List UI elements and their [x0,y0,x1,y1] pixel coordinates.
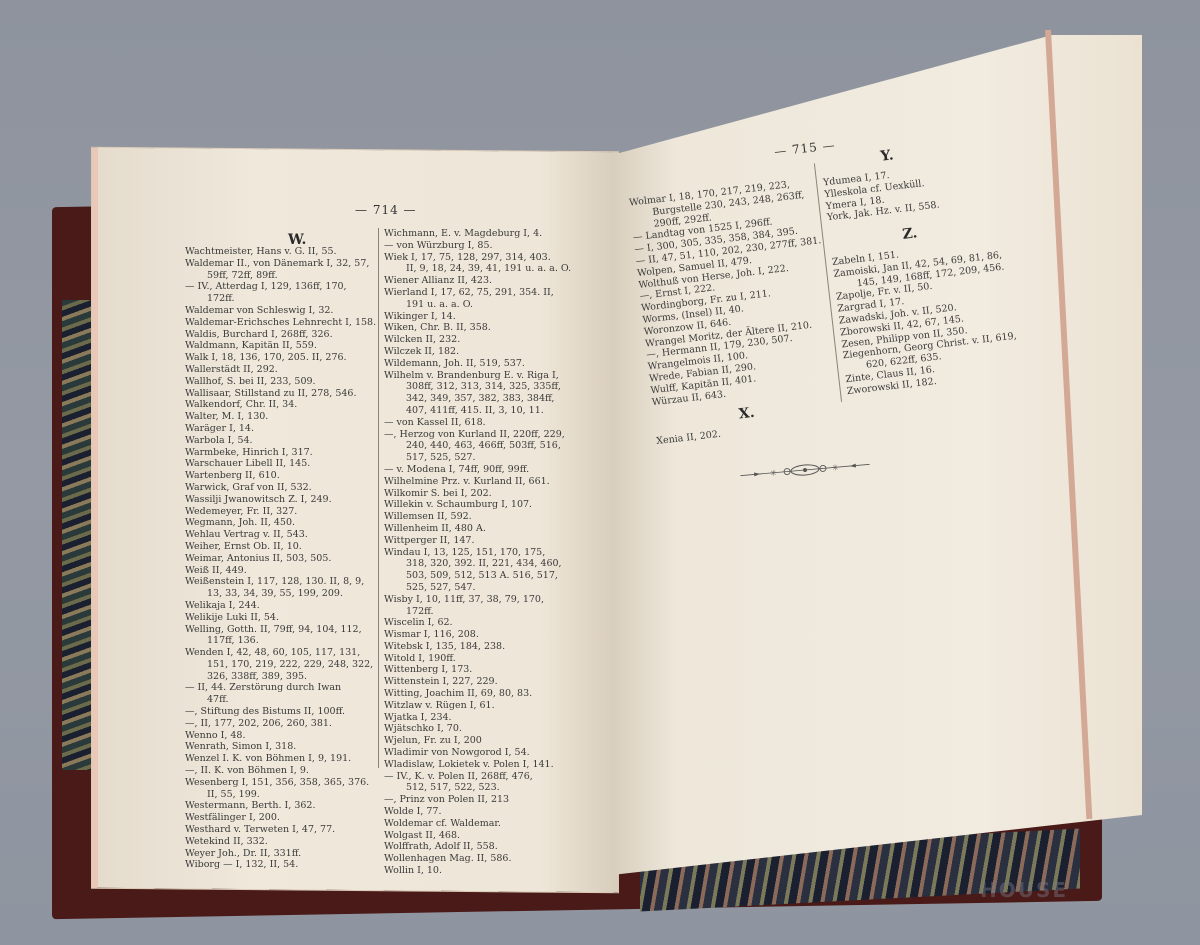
index-entry: Wolgast II, 468. [384,830,584,842]
index-entry: Waldis, Burchard I, 268ff, 326. [185,329,380,341]
column-divider [378,228,379,768]
index-entry: —, Prinz von Polen II, 213 [384,794,584,806]
index-entry: Westhard v. Terweten I, 47, 77. [185,824,380,836]
index-entry: Witzlaw v. Rügen I, 61. [384,700,584,712]
index-entry: Wollenhagen Mag. II, 586. [384,853,584,865]
index-column-right-1: Wolmar I, 18, 170, 217, 219, 223,Burgste… [629,177,832,408]
index-entry: Wartenberg II, 610. [185,470,380,482]
index-column-left-2: Wichmann, E. v. Magdeburg I, 4.— von Wür… [384,228,584,877]
index-entry: Wierland I, 17, 62, 75, 291, 354. II, [384,287,584,299]
index-entry: 240, 440, 463, 466ff, 503ff, 516, [384,440,584,452]
index-entry: Wjelun, Fr. zu I, 200 [384,735,584,747]
index-entry: II, 9, 18, 24, 39, 41, 191 u. a. a. O. [384,263,584,275]
index-entry: Warschauer Libell II, 145. [185,458,380,470]
index-entry: Weiher, Ernst Ob. II, 10. [185,541,380,553]
index-entry: Wismar I, 116, 208. [384,629,584,641]
index-entry: Walkendorf, Chr. II, 34. [185,399,380,411]
index-entry: Wisby I, 10, 11ff, 37, 38, 79, 170, [384,594,584,606]
index-entry: Weimar, Antonius II, 503, 505. [185,553,380,565]
index-entry: Westermann, Berth. I, 362. [185,800,380,812]
index-entry: Welling, Gotth. II, 79ff, 94, 104, 112, [185,624,380,636]
svg-text:✳: ✳ [770,468,778,478]
right-page-content: — 715 — Wolmar I, 18, 170, 217, 219, 223… [622,92,1073,438]
index-entry: Walter, M. I, 130. [185,411,380,423]
index-entry: Woldemar cf. Waldemar. [384,818,584,830]
page-number-715: — 715 — [774,138,837,159]
index-entry: Windau I, 13, 125, 151, 170, 175, [384,547,584,559]
index-entry: 172ff. [185,293,380,305]
index-entry: Witold I, 190ff. [384,653,584,665]
index-entry: Wenden I, 42, 48, 60, 105, 117, 131, [185,647,380,659]
index-entry: — von Kassel II, 618. [384,417,584,429]
index-entry: Wladislaw, Lokietek v. Polen I, 141. [384,759,584,771]
index-entry: Wilcken II, 232. [384,334,584,346]
index-entry: 13, 33, 34, 39, 55, 199, 209. [185,588,380,600]
index-entry: Waldmann, Kapitän II, 559. [185,340,380,352]
index-entry: — von Würzburg I, 85. [384,240,584,252]
index-entry: Walk I, 18, 136, 170, 205. II, 276. [185,352,380,364]
index-entry: Wehlau Vertrag v. II, 543. [185,529,380,541]
section-letter-x: X. [738,405,755,423]
index-entry: 525, 527, 547. [384,582,584,594]
index-entry: Wolffrath, Adolf II, 558. [384,841,584,853]
index-entry: —, Herzog von Kurland II, 220ff, 229, [384,429,584,441]
svg-text:✳: ✳ [832,463,840,473]
index-entry: 47ff. [185,694,380,706]
index-entry: Wilczek II, 182. [384,346,584,358]
index-entry: Wiborg — I, 132, II, 54. [185,859,380,871]
index-entry: Wiek I, 17, 75, 128, 297, 314, 403. [384,252,584,264]
index-entry: 59ff, 72ff, 89ff. [185,270,380,282]
index-entry: Wichmann, E. v. Magdeburg I, 4. [384,228,584,240]
index-entry: Wetekind II, 332. [185,836,380,848]
index-column-right-y: Ydumea I, 17.Ylleskola cf. Uexküll.Ymera… [823,155,1027,225]
index-entry: Willenheim II, 480 A. [384,523,584,535]
index-entry: Wolde I, 77. [384,806,584,818]
index-entry: — IV., K. v. Polen II, 268ff, 476, [384,771,584,783]
index-entry: 191 u. a. a. O. [384,299,584,311]
index-entry: Wesenberg I, 151, 356, 358, 365, 376. [185,777,380,789]
index-entry: 342, 349, 357, 382, 383, 384ff, [384,393,584,405]
index-entry: —, II, 177, 202, 206, 260, 381. [185,718,380,730]
index-column-right-z: Zabeln I, 151.Zamoiski, Jan II, 42, 54, … [832,233,1057,397]
page-number-714: — 714 — [355,203,417,217]
index-entry: Wittenberg I, 173. [384,664,584,676]
index-entry: Welikaja I, 244. [185,600,380,612]
index-entry: 326, 338ff, 389, 395. [185,671,380,683]
index-entry: Willekin v. Schaumburg I, 107. [384,499,584,511]
index-entry: Wenrath, Simon I, 318. [185,741,380,753]
watermark: HOUSE [980,878,1068,902]
index-entry: Wjätschko I, 70. [384,723,584,735]
index-entry: 517, 525, 527. [384,452,584,464]
index-entry: Willemsen II, 592. [384,511,584,523]
index-entry: Waldemar von Schleswig I, 32. [185,305,380,317]
index-entry: 151, 170, 219, 222, 229, 248, 322, [185,659,380,671]
index-entry: Wiscelin I, 62. [384,617,584,629]
index-entry: Witebsk I, 135, 184, 238. [384,641,584,653]
index-entry: Welikije Luki II, 54. [185,612,380,624]
index-entry: Waldemar II., von Dänemark I, 32, 57, [185,258,380,270]
index-entry: Wittperger II, 147. [384,535,584,547]
index-entry: 318, 320, 392. II, 221, 434, 460, [384,558,584,570]
index-entry: Waräger I, 14. [185,423,380,435]
index-entry: 503, 509, 512, 513 A. 516, 517, [384,570,584,582]
index-entry: Wallhof, S. bei II, 233, 509. [185,376,380,388]
index-entry: Wiken, Chr. B. II, 358. [384,322,584,334]
index-entry: Wittenstein I, 227, 229. [384,676,584,688]
index-entry: 512, 517, 522, 523. [384,782,584,794]
index-entry: Wedemeyer, Fr. II, 327. [185,506,380,518]
index-entry: Wilhelm v. Brandenburg E. v. Riga I, [384,370,584,382]
index-entry: Weiß II, 449. [185,565,380,577]
index-entry: —, II. K. von Böhmen I, 9. [185,765,380,777]
index-entry: 172ff. [384,606,584,618]
index-entry: II, 55, 199. [185,789,380,801]
index-entry: — IV., Atterdag I, 129, 136ff, 170, [185,281,380,293]
index-entry: Wollin I, 10. [384,865,584,877]
index-entry: Wallisaar, Stillstand zu II, 278, 546. [185,388,380,400]
index-column-left-1: Wachtmeister, Hans v. G. II, 55.Waldemar… [185,246,380,871]
index-entry: Waldemar-Erichsches Lehnrecht I, 158. [185,317,380,329]
index-entry: Wenno I, 48. [185,730,380,742]
index-entry: Wilhelmine Prz. v. Kurland II, 661. [384,476,584,488]
index-entry: Wassilji Jwanowitsch Z. I, 249. [185,494,380,506]
index-entry: — II, 44. Zerstörung durch Iwan [185,682,380,694]
index-entry: 308ff, 312, 313, 314, 325, 335ff, [384,381,584,393]
index-entry: — v. Modena I, 74ff, 90ff, 99ff. [384,464,584,476]
index-entry: Westfälinger I, 200. [185,812,380,824]
index-entry: Wladimir von Nowgorod I, 54. [384,747,584,759]
index-entry: Wildemann, Joh. II, 519, 537. [384,358,584,370]
index-entry: Witting, Joachim II, 69, 80, 83. [384,688,584,700]
index-entry: Warmbeke, Hinrich I, 317. [185,447,380,459]
index-entry: 117ff, 136. [185,635,380,647]
index-entry: Wallerstädt II, 292. [185,364,380,376]
index-entry: Wenzel I. K. von Böhmen I, 9, 191. [185,753,380,765]
index-entry: Warwick, Graf von II, 532. [185,482,380,494]
index-entry: Weißenstein I, 117, 128, 130. II, 8, 9, [185,576,380,588]
index-entry: Wjatka I, 234. [384,712,584,724]
index-entry: Wikinger I, 14. [384,311,584,323]
index-entry: Wilkomir S. bei I, 202. [384,488,584,500]
index-entry: 407, 411ff, 415. II, 3, 10, 11. [384,405,584,417]
section-letter-z: Z. [902,225,919,243]
section-letter-y: Y. [880,147,895,164]
index-entry: Weyer Joh., Dr. II, 331ff. [185,848,380,860]
index-entry: —, Stiftung des Bistums II, 100ff. [185,706,380,718]
index-entry: Wachtmeister, Hans v. G. II, 55. [185,246,380,258]
index-entry: Wegmann, Joh. II, 450. [185,517,380,529]
index-entry: Wiener Allianz II, 423. [384,275,584,287]
index-entry: Warbola I, 54. [185,435,380,447]
